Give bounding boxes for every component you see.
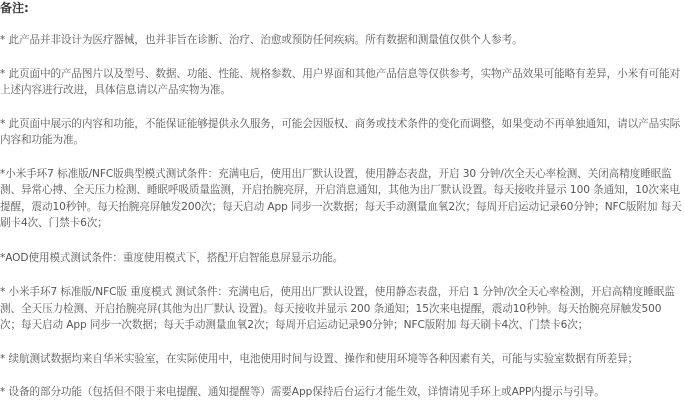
note-typical-mode-test: *小米手环7 标准版/NFC版典型模式测试条件：充满电后，使用出厂默认设置，使用…	[0, 166, 684, 232]
note-aod-mode-test: *AOD使用模式测试条件：重度使用模式下，搭配开启智能息屏显示功能。	[0, 250, 684, 267]
note-heavy-mode-test: * 小米手环7 标准版/NFC版 重度模式 测试条件：充满电后，使用出厂默认设置…	[0, 284, 684, 334]
note-medical-disclaimer: * 此产品并非设计为医疗器械，也并非旨在诊断、治疗、治愈或预防任何疾病。所有数据…	[0, 32, 684, 49]
note-background-app-requirement: * 设备的部分功能（包括但不限于来电提醒、通知提醒等）需要App保持后台运行才能…	[0, 384, 684, 400]
notes-section: 备注: * 此产品并非设计为医疗器械，也并非旨在诊断、治疗、治愈或预防任何疾病。…	[0, 0, 684, 400]
note-product-info-disclaimer: * 此页面中的产品图片以及型号、数据、功能、性能、规格参数、用户界面和其他产品信…	[0, 66, 684, 99]
note-battery-test-source: * 续航测试数据均来自华米实验室，在实际使用中，电池使用时间与设置、操作和使用环…	[0, 351, 684, 368]
notes-title: 备注:	[0, 0, 684, 16]
note-service-disclaimer: * 此页面中展示的内容和功能，不能保证能够提供永久服务，可能会因版权、商务或技术…	[0, 116, 684, 149]
